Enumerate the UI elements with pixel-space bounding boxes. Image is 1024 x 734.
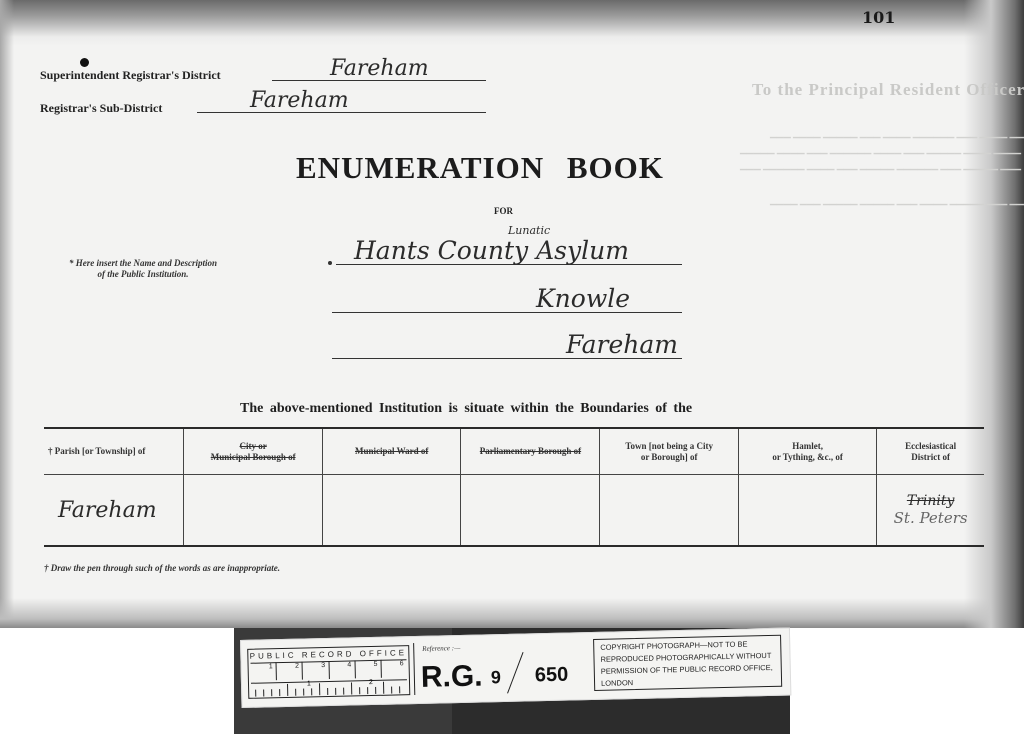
header-hamlet: Hamlet, or Tything, &c., of	[738, 428, 876, 475]
header-ecclesiastical: Ecclesiastical District of	[877, 428, 984, 475]
pro-cell: 6	[381, 659, 407, 678]
cell-ecclesiastical: Trinity St. Peters	[877, 475, 984, 547]
reference-label: Reference :—	[422, 644, 460, 653]
pro-cell: 1	[251, 662, 278, 681]
reference-piece: 650	[535, 664, 569, 688]
page-edge-shadow	[0, 0, 14, 628]
cell-hamlet	[738, 475, 876, 547]
archive-reference-label: PUBLIC RECORD OFFICE 1 2 3 4 5 6 1 2 Ref…	[240, 628, 791, 708]
asterisk-dot	[328, 261, 332, 265]
reference-series: 9	[491, 667, 501, 688]
institution-note: * Here insert the Name and Description o…	[38, 258, 248, 280]
institution-place: Knowle	[536, 284, 630, 313]
page-bottom-shadow	[0, 598, 1024, 628]
cell-municipal-ward	[322, 475, 461, 547]
boundaries-table: † Parish [or Township] of City or Munici…	[44, 427, 984, 547]
pro-cell: 2	[277, 662, 304, 681]
bleed-through-line: ▁▁▁▁ ▁▁▁ ▁▁▁▁▁ ▁▁▁▁▁ ▁▁▁ ▁▁▁▁ ▁▁▁▁▁ ▁▁▁ …	[770, 195, 1024, 206]
cell-town	[600, 475, 738, 547]
ruler-mark: 1	[307, 680, 311, 687]
subdistrict-value: Fareham	[250, 88, 349, 113]
page-title: ENUMERATION BOOK	[296, 150, 664, 186]
for-label: FOR	[494, 206, 513, 216]
cell-parliamentary-borough	[461, 475, 600, 547]
pro-cell: 5	[355, 660, 382, 679]
superintendent-district-label: Superintendent Registrar's District	[40, 68, 221, 83]
reference-slash	[507, 652, 523, 694]
header-municipal-ward: Municipal Ward of	[322, 428, 461, 475]
ink-blot	[80, 58, 89, 67]
ruler-mark: 2	[369, 679, 373, 686]
page-number: 101	[862, 8, 895, 27]
subdistrict-label: Registrar's Sub-District	[40, 101, 162, 116]
situate-statement: The above-mentioned Institution is situa…	[240, 401, 692, 417]
institution-town: Fareham	[566, 330, 678, 359]
header-town: Town [not being a City or Borough] of	[600, 428, 738, 475]
census-page: 101 To the Principal Resident Officer or…	[0, 0, 1024, 628]
table-header-row: † Parish [or Township] of City or Munici…	[44, 428, 984, 475]
pro-cell: 4	[329, 660, 356, 679]
pro-cell: 3	[303, 661, 330, 680]
bleed-through-heading: To the Principal Resident Officer or Hea…	[752, 80, 1024, 100]
copyright-notice: COPYRIGHT PHOTOGRAPH—NOT TO BE REPRODUCE…	[593, 635, 782, 691]
pro-ruler-box: PUBLIC RECORD OFFICE 1 2 3 4 5 6 1 2	[247, 645, 410, 699]
header-parliamentary-borough: Parliamentary Borough of	[461, 428, 600, 475]
ruler-scale: 1 2	[251, 679, 407, 697]
reference-class: R.G.	[421, 660, 483, 695]
pro-cells: 1 2 3 4 5 6	[251, 659, 407, 681]
superintendent-district-value: Fareham	[330, 56, 429, 81]
cell-parish: Fareham	[44, 475, 184, 547]
table-row: Fareham Trinity St. Peters	[44, 475, 984, 547]
reference-box: Reference :— R.G. 9 650	[413, 639, 591, 695]
header-parish: † Parish [or Township] of	[44, 428, 184, 475]
bleed-through-line: ▁▁▁ ▁▁▁▁ ▁▁▁▁▁ ▁▁▁ ▁▁▁▁ ▁▁▁▁▁▁ ▁▁▁ ▁▁▁▁ …	[770, 128, 1024, 139]
cell-city-borough	[184, 475, 323, 547]
bleed-through-line: ▁▁▁▁▁ ▁▁▁▁ ▁▁▁ ▁▁▁▁▁▁ ▁▁▁▁ ▁▁▁ ▁▁▁▁▁ ▁▁▁…	[740, 144, 1021, 155]
institution-note-line2: of the Public Institution.	[38, 269, 248, 280]
header-city-borough: City or Municipal Borough of	[184, 428, 323, 475]
footnote: † Draw the pen through such of the words…	[44, 563, 280, 573]
bleed-through-line: ▁▁▁ ▁▁▁▁▁▁ ▁▁▁▁ ▁▁▁ ▁▁▁▁▁ ▁▁▁▁▁▁ ▁▁▁ ▁▁▁…	[740, 160, 1021, 171]
institution-note-line1: * Here insert the Name and Description	[38, 258, 248, 269]
institution-name: Hants County Asylum	[354, 236, 629, 265]
